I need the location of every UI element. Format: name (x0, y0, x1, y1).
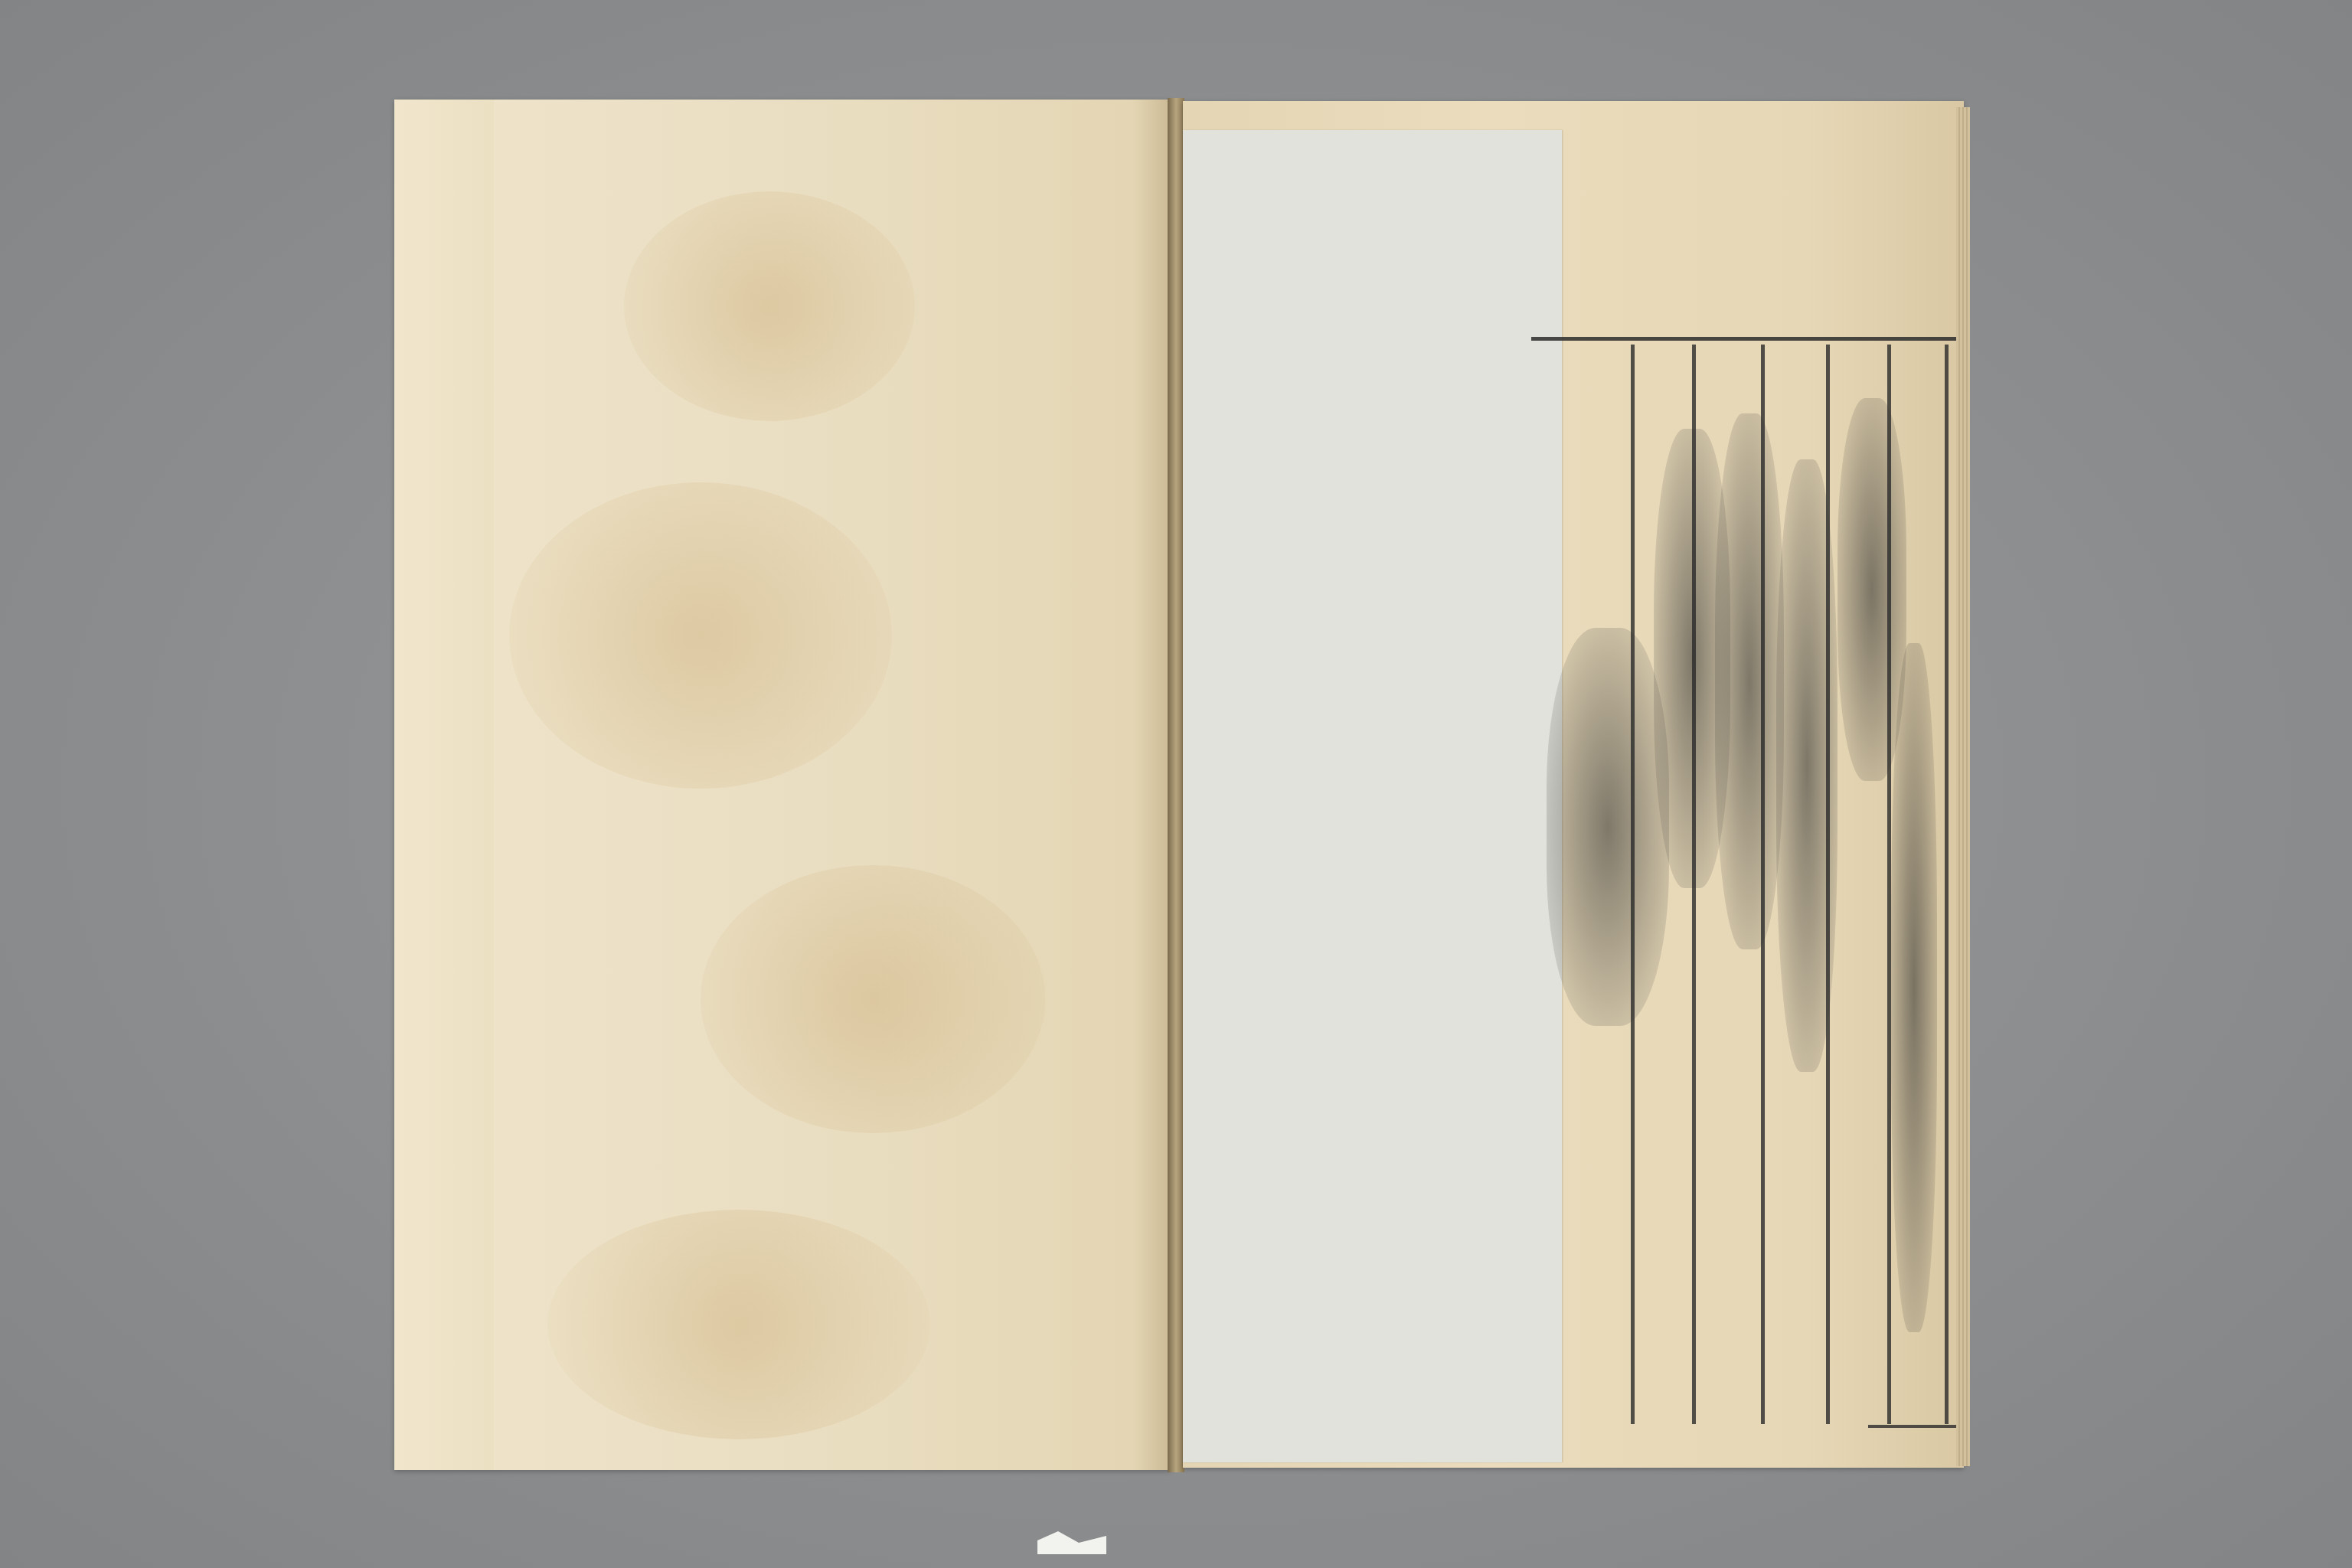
foxing-stain (547, 1210, 930, 1439)
ink-smudge (1776, 459, 1837, 1072)
bottom-border-rule (1868, 1425, 1956, 1428)
left-page-margin (394, 100, 494, 1470)
printed-text-block (1531, 337, 1956, 1428)
left-page (394, 100, 1171, 1470)
foxing-stain (509, 482, 892, 789)
insert-paper-slip (1183, 130, 1562, 1462)
book-spine (1168, 98, 1184, 1472)
column-rule (1945, 345, 1949, 1424)
foxing-stain (624, 191, 915, 421)
ink-smudge (1891, 643, 1937, 1332)
ink-smudge (1547, 628, 1669, 1026)
foxing-stain (701, 865, 1045, 1133)
top-border-rule (1531, 337, 1956, 341)
page-edges (1956, 107, 1970, 1466)
ink-smudge (1715, 413, 1784, 949)
